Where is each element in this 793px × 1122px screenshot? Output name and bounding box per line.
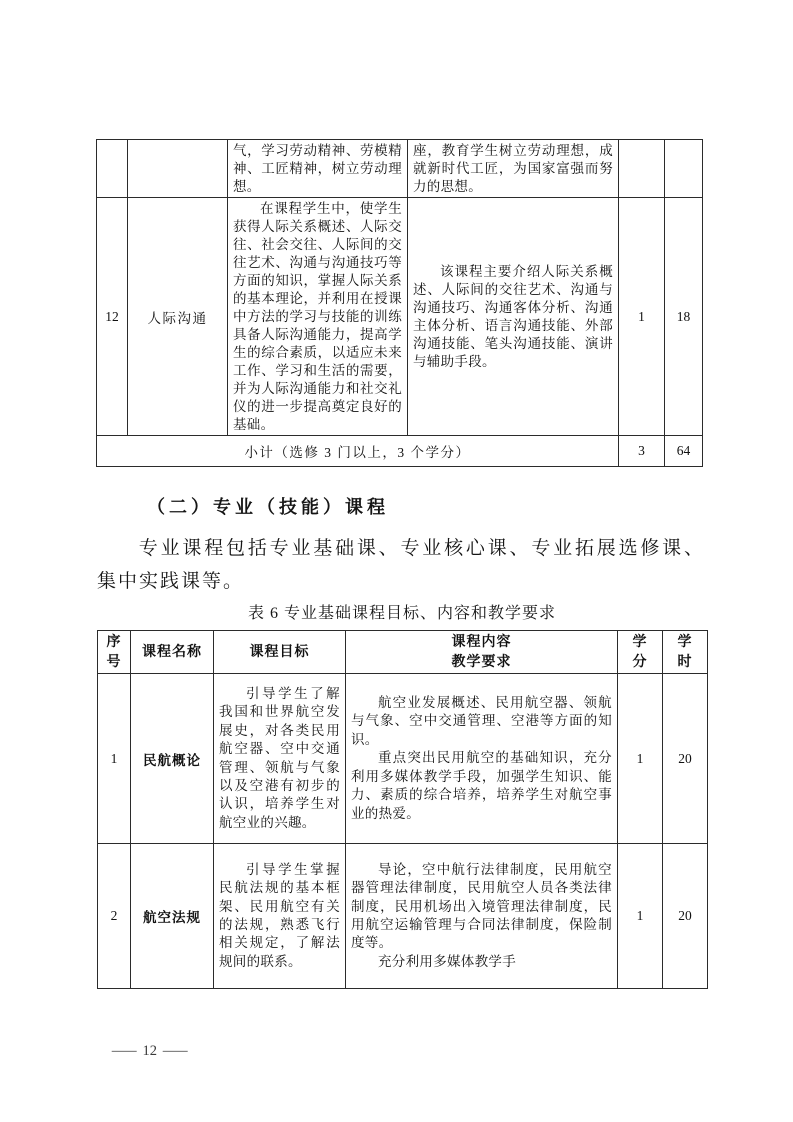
course-goal-continued-text: 气，学习劳动精神、劳模精神、工匠精神，树立劳动理想。 [233, 142, 402, 196]
page-number-value: 12 [143, 1043, 158, 1060]
table6-header-row: 序 号 课程名称 课程目标 课程内容 教学要求 学 分 学 时 [98, 631, 708, 674]
subtotal-credits-cell: 3 [619, 436, 665, 467]
page-number: — 12 — [117, 1043, 183, 1060]
course-content-text: 该课程主要介绍人际关系概述、人际间的交往艺术、沟通与沟通技巧、沟通客体分析、沟通… [413, 263, 613, 371]
page-number-dash: — [112, 1043, 137, 1060]
course-content-paragraph: 重点突出民用航空的基础知识，充分利用多媒体教学手段，加强学生知识、能力、素质的综… [351, 749, 612, 823]
document-page: 气，学习劳动精神、劳模精神、工匠精神，树立劳动理想。 座，教育学生树立劳动理想，… [0, 0, 793, 1122]
header-seq: 序 号 [98, 631, 131, 674]
hours-cell: 18 [665, 198, 703, 436]
header-seq-line: 号 [103, 652, 125, 672]
course-content-cell: 航空业发展概述、民用航空器、领航与气象、空中交通管理、空港等方面的知识。 重点突… [346, 674, 618, 844]
header-credits-line: 学 [623, 632, 657, 652]
course-content-cell: 该课程主要介绍人际关系概述、人际间的交往艺术、沟通与沟通技巧、沟通客体分析、沟通… [408, 198, 619, 436]
course-goal-text: 引导学生掌握民航法规的基本框架、民用航空有关的法规，熟悉飞行相关规定，了解法规间… [219, 861, 340, 971]
section-paragraph: 专业课程包括专业基础课、专业核心课、专业拓展选修课、 集中实践课等。 [97, 532, 705, 598]
credits-cell: 1 [619, 198, 665, 436]
course-content-continued-text: 座，教育学生树立劳动理想，成就新时代工匠，为国家富强而努力的思想。 [413, 142, 613, 196]
course-goal-cell: 引导学生了解我国和世界航空发展史，对各类民用航空器、空中交通管理、领航与气象以及… [214, 674, 346, 844]
header-hours-line: 学 [668, 632, 702, 652]
subtotal-hours-cell: 64 [665, 436, 703, 467]
course-content-paragraph: 航空业发展概述、民用航空器、领航与气象、空中交通管理、空港等方面的知识。 [351, 694, 612, 749]
hours-cell: 20 [663, 844, 708, 989]
course-goal-text: 在课程学生中，使学生获得人际关系概述、人际交往、社会交往、人际间的交往艺术、沟通… [233, 200, 402, 434]
header-course-content: 课程内容 教学要求 [346, 631, 618, 674]
elective-course-table: 气，学习劳动精神、劳模精神、工匠精神，树立劳动理想。 座，教育学生树立劳动理想，… [96, 139, 703, 467]
header-hours: 学 时 [663, 631, 708, 674]
empty-credits-cell [619, 140, 665, 198]
course-content-paragraph: 导论，空中航行法律制度，民用航空器管理法律制度，民用航空人员各类法律制度，民用机… [351, 861, 612, 953]
seq-cell: 1 [98, 674, 131, 844]
empty-name-cell [128, 140, 228, 198]
table6-caption: 表 6 专业基础课程目标、内容和教学要求 [97, 600, 707, 623]
paragraph-line: 专业课程包括专业基础课、专业核心课、专业拓展选修课、 [97, 532, 705, 565]
header-credits: 学 分 [618, 631, 663, 674]
empty-hours-cell [665, 140, 703, 198]
header-content-line: 课程内容 [351, 632, 612, 652]
table-row-subtotal: 小计（选修 3 门以上，3 个学分） 3 64 [97, 436, 703, 467]
course-name-cell: 航空法规 [131, 844, 214, 989]
subtotal-label-cell: 小计（选修 3 门以上，3 个学分） [97, 436, 619, 467]
course-content-cell: 座，教育学生树立劳动理想，成就新时代工匠，为国家富强而努力的思想。 [408, 140, 619, 198]
credits-cell: 1 [618, 844, 663, 989]
section-heading: （二）专业（技能）课程 [147, 493, 389, 519]
header-course-name: 课程名称 [131, 631, 214, 674]
professional-basic-course-table: 序 号 课程名称 课程目标 课程内容 教学要求 学 分 学 时 1 民航概论 引… [97, 630, 708, 989]
paragraph-line: 集中实践课等。 [97, 565, 705, 598]
header-course-goal: 课程目标 [214, 631, 346, 674]
header-hours-line: 时 [668, 652, 702, 672]
table-row-course-2: 2 航空法规 引导学生掌握民航法规的基本框架、民用航空有关的法规，熟悉飞行相关规… [98, 844, 708, 989]
page-number-dash: — [163, 1043, 188, 1060]
empty-seq-cell [97, 140, 128, 198]
header-content-line: 教学要求 [351, 652, 612, 672]
course-content-cell: 导论，空中航行法律制度，民用航空器管理法律制度，民用航空人员各类法律制度，民用机… [346, 844, 618, 989]
header-credits-line: 分 [623, 652, 657, 672]
seq-cell: 2 [98, 844, 131, 989]
course-goal-text: 引导学生了解我国和世界航空发展史，对各类民用航空器、空中交通管理、领航与气象以及… [219, 685, 340, 832]
course-name-cell: 民航概论 [131, 674, 214, 844]
hours-cell: 20 [663, 674, 708, 844]
course-goal-cell: 引导学生掌握民航法规的基本框架、民用航空有关的法规，熟悉飞行相关规定，了解法规间… [214, 844, 346, 989]
course-name-cell: 人际沟通 [128, 198, 228, 436]
table-row-carryover: 气，学习劳动精神、劳模精神、工匠精神，树立劳动理想。 座，教育学生树立劳动理想，… [97, 140, 703, 198]
course-goal-cell: 气，学习劳动精神、劳模精神、工匠精神，树立劳动理想。 [228, 140, 408, 198]
credits-cell: 1 [618, 674, 663, 844]
seq-cell: 12 [97, 198, 128, 436]
course-content-paragraph: 充分利用多媒体教学手 [351, 953, 612, 971]
course-goal-cell: 在课程学生中，使学生获得人际关系概述、人际交往、社会交往、人际间的交往艺术、沟通… [228, 198, 408, 436]
header-seq-line: 序 [103, 632, 125, 652]
table-row-course-12: 12 人际沟通 在课程学生中，使学生获得人际关系概述、人际交往、社会交往、人际间… [97, 198, 703, 436]
table-row-course-1: 1 民航概论 引导学生了解我国和世界航空发展史，对各类民用航空器、空中交通管理、… [98, 674, 708, 844]
